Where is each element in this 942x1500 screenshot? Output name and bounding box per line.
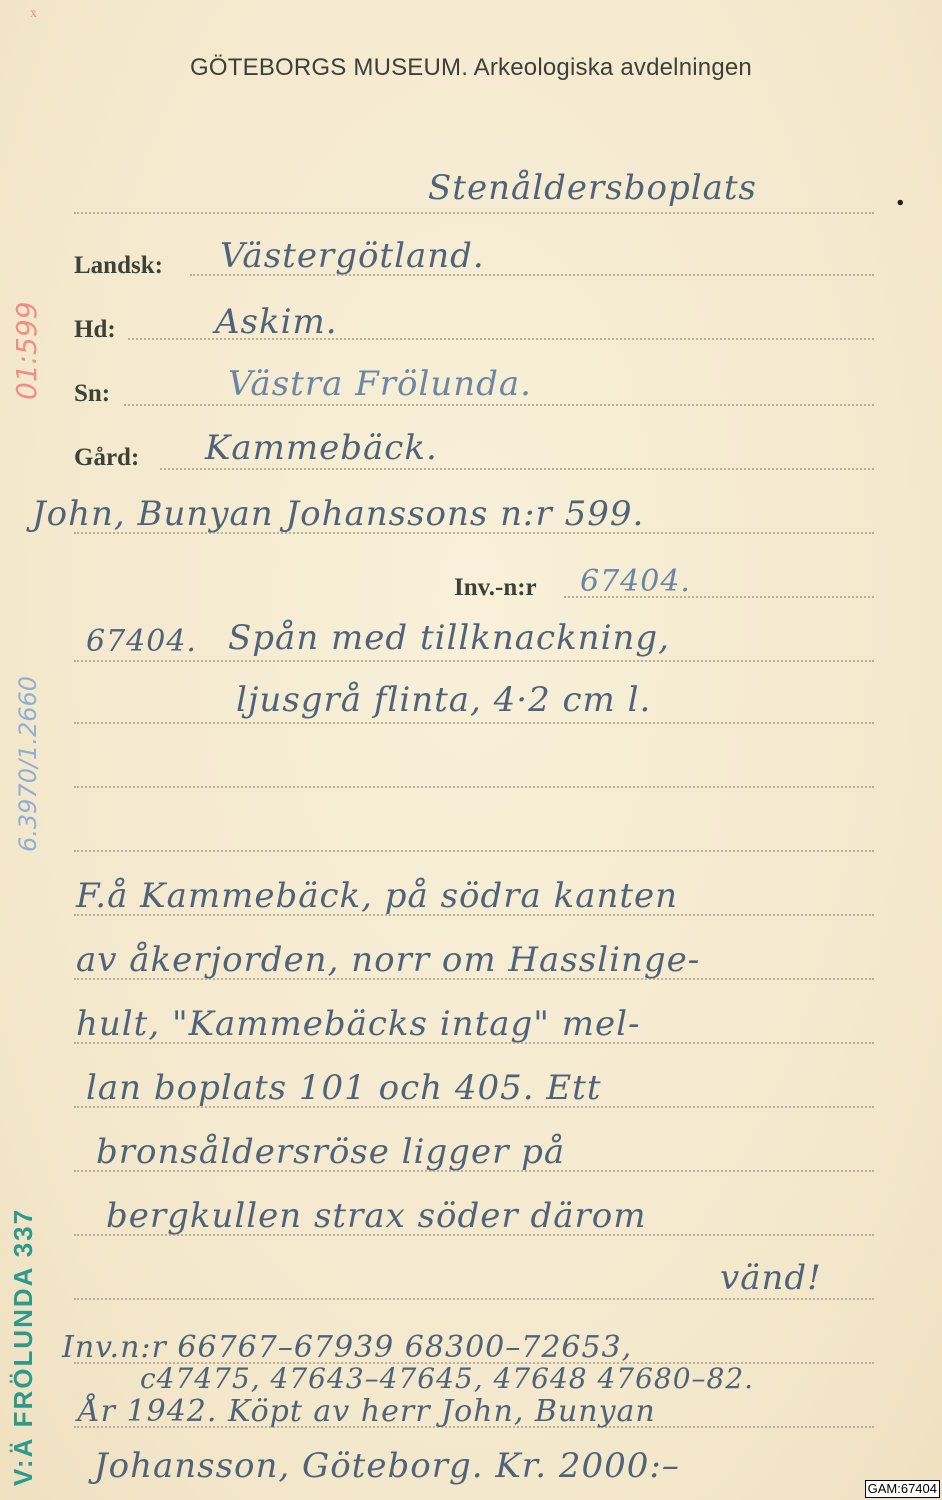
blank-line-1 <box>74 786 874 788</box>
hd-label: Hd: <box>74 316 116 344</box>
sn-line <box>124 404 874 406</box>
margin-green-stamp: V:Ä FRÖLUNDA 337 <box>8 1208 39 1486</box>
find-text-3: hult, "Kammebäcks intag" mel- <box>76 1004 640 1044</box>
catalog-stamp: GAM:67404 <box>865 1480 940 1498</box>
description-line-1-text: Spån med tillknackning, <box>228 618 670 658</box>
gard-value: Kammebäck. <box>205 428 438 468</box>
margin-red-note: 01:599 <box>10 301 43 400</box>
find-text-5: bronsåldersröse ligger på <box>96 1132 565 1172</box>
acquisition-text-3: År 1942. Köpt av herr John, Bunyan <box>78 1394 656 1429</box>
category-value: Stenåldersboplats <box>428 168 757 208</box>
sn-value: Västra Frölunda. <box>228 364 532 404</box>
category-period: . <box>896 176 905 214</box>
blank-line-2 <box>74 850 874 852</box>
find-text-4: lan boplats 101 och 405. Ett <box>86 1068 602 1108</box>
find-text-7: vänd! <box>720 1258 822 1298</box>
sn-label: Sn: <box>74 380 110 408</box>
gard-line <box>160 468 874 470</box>
description-number: 67404. <box>86 624 197 659</box>
card-header: GÖTEBORGS MUSEUM. Arkeologiska avdelning… <box>0 54 942 82</box>
find-line-7 <box>74 1298 874 1300</box>
catalog-card: x GÖTEBORGS MUSEUM. Arkeologiska avdelni… <box>0 0 942 1500</box>
find-text-2: av åkerjorden, norr om Hasslinge- <box>76 940 700 980</box>
category-line <box>74 212 874 214</box>
margin-blue-note: 6.3970/1.2660 <box>14 676 42 852</box>
acquisition-text-1: Inv.n:r 66767–67939 68300–72653, <box>62 1330 632 1365</box>
gard-label: Gård: <box>74 444 139 472</box>
acquisition-text-2: c47475, 47643–47645, 47648 47680–82. <box>140 1362 754 1395</box>
landsk-label: Landsk: <box>74 252 163 280</box>
acquisition-text-4: Johansson, Göteborg. Kr. 2000:– <box>94 1446 680 1486</box>
landsk-value: Västergötland. <box>220 236 485 276</box>
description-line-2-text: ljusgrå flinta, 4·2 cm l. <box>236 680 651 720</box>
description-line-1 <box>74 660 874 662</box>
inv-value: 67404. <box>580 564 691 599</box>
find-text-6: bergkullen strax söder därom <box>106 1196 646 1236</box>
inv-label: Inv.-n:r <box>454 574 537 602</box>
hd-value: Askim. <box>215 302 338 342</box>
margin-red-mark: x <box>30 6 37 22</box>
collection-value: John, Bunyan Johanssons n:r 599. <box>32 494 644 534</box>
find-text-1: F.å Kammebäck, på södra kanten <box>76 876 678 916</box>
description-line-2 <box>74 722 874 724</box>
